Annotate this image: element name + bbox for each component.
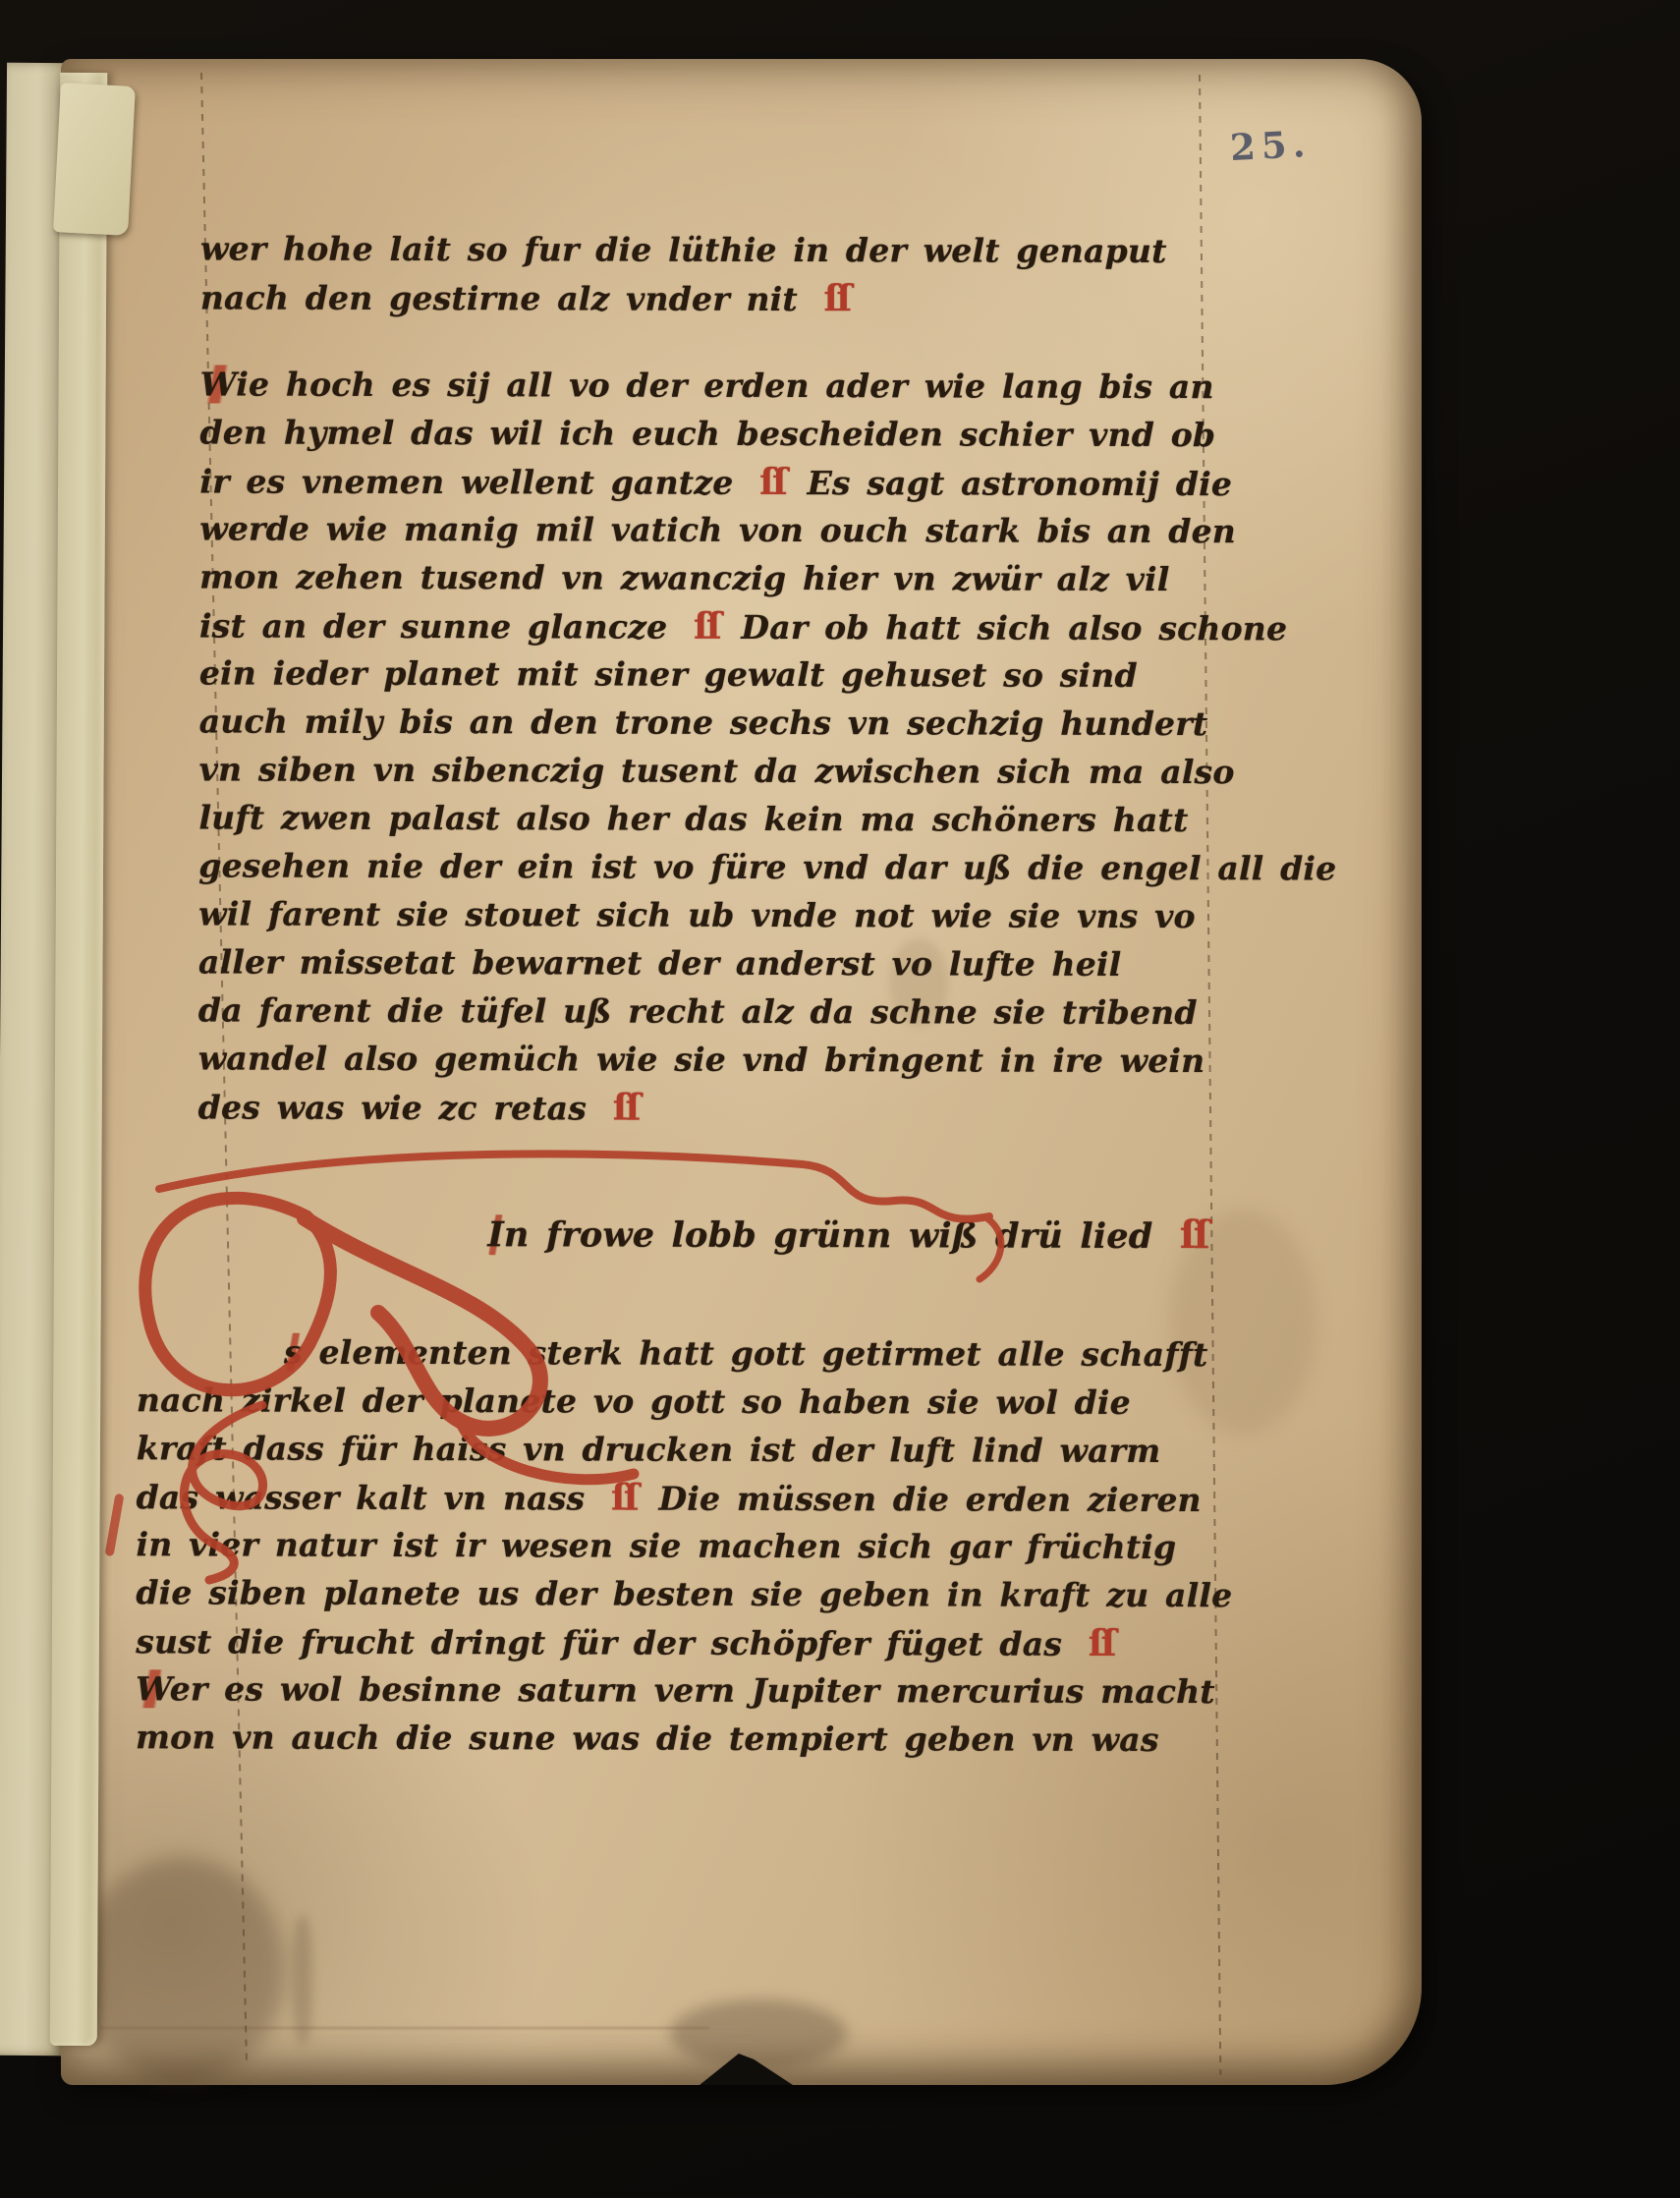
manuscript-line: mon vn auch die sune was die tempiert ge… [136, 1713, 1366, 1764]
manuscript-line: luft zwen palast also her das kein ma sc… [198, 793, 1368, 844]
manuscript-line: Wer es wol besinne saturn vern Jupiter m… [136, 1664, 1366, 1716]
paragraph-2: Wie hoch es sij all vo der erden ader wi… [198, 360, 1370, 1133]
paragraph-1: wer hohe lait so fur die lüthie in der w… [200, 224, 1370, 323]
manuscript-line: Wie hoch es sij all vo der erden ader wi… [200, 360, 1370, 411]
parchment-crease [100, 2027, 709, 2029]
rubricated-initial-flourish [66, 1120, 1048, 1592]
manuscript-line: nach den gestirne alz vnder nit ſſ [200, 272, 1370, 323]
manuscript-line: ist an der sunne glancze ſſ Dar ob hatt … [199, 600, 1369, 651]
manuscript-line: wer hohe lait so fur die lüthie in der w… [200, 224, 1370, 275]
folio-number: 25. [1229, 122, 1313, 169]
paragraph-mark: ſſ [694, 604, 719, 648]
binding-guard-tab [53, 83, 136, 236]
parchment-stain [293, 1916, 312, 2044]
manuscript-line: ein ieder planet mit siner gewalt gehuse… [199, 648, 1369, 700]
paragraph-mark: ſſ [1180, 1212, 1207, 1258]
manuscript-line: werde wie manig mil vatich von ouch star… [199, 504, 1369, 555]
manuscript-line: gesehen nie der ein ist vo füre vnd dar … [198, 841, 1368, 892]
paragraph-mark: ſſ [1089, 1621, 1114, 1664]
manuscript-line: wandel also gemüch wie sie vnd bringent … [198, 1034, 1368, 1085]
manuscript-line: da farent die tüfel uß recht alz da schn… [198, 986, 1368, 1037]
gutter-stain [79, 1857, 285, 2083]
manuscript-line: auch mily bis an den trone sechs vn sech… [199, 697, 1369, 748]
manuscript-line: mon zehen tusend vn zwanczig hier vn zwü… [199, 552, 1369, 603]
manuscript-line: wil farent sie stouet sich ub vnde not w… [198, 889, 1368, 940]
manuscript-line: den hymel das wil ich euch bescheiden sc… [199, 408, 1369, 459]
photograph-backdrop: 25. wer hohe lait so fur die lüthie in d… [0, 0, 1680, 2198]
manuscript-page: 25. wer hohe lait so fur die lüthie in d… [61, 59, 1422, 2085]
manuscript-line: vn siben vn sibenczig tusent da zwischen… [199, 745, 1369, 796]
manuscript-line: ir es vnemen wellent gantze ſſ Es sagt a… [199, 456, 1369, 507]
paragraph-mark: ſſ [824, 276, 850, 319]
manuscript-line: aller missetat bewarnet der anderst vo l… [198, 937, 1368, 988]
parchment-stain [670, 2000, 847, 2068]
manuscript-line: sust die frucht dringt für der schöpfer … [136, 1616, 1366, 1667]
paragraph-mark: ſſ [759, 460, 785, 503]
